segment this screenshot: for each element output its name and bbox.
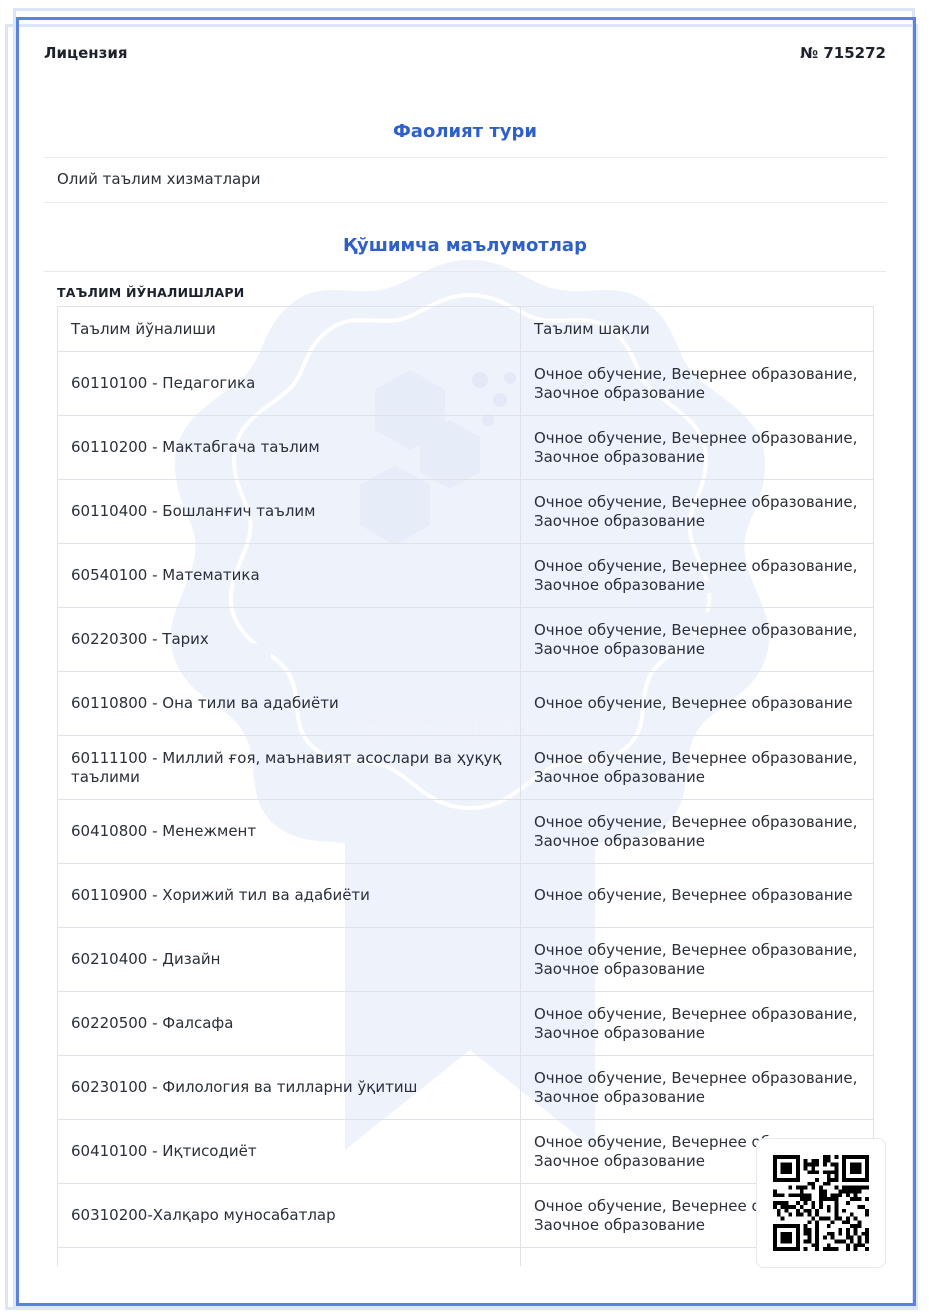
table-row: 60210400 - ДизайнОчное обучение, Вечерне… xyxy=(58,928,874,992)
table-row: 60110400 - Бошланғич таълимОчное обучени… xyxy=(58,480,874,544)
empty-cell xyxy=(58,1248,521,1267)
page-bottom-mask xyxy=(44,1268,886,1298)
direction-cell: 60110800 - Она тили ва адабиёти xyxy=(58,672,521,736)
form-cell: Очное обучение, Вечернее образование, За… xyxy=(521,480,874,544)
direction-cell: 60220300 - Тарих xyxy=(58,608,521,672)
table-row: 60110800 - Она тили ва адабиётиОчное обу… xyxy=(58,672,874,736)
form-cell: Очное обучение, Вечернее образование xyxy=(521,864,874,928)
activity-section-title: Фаолият тури xyxy=(44,121,886,142)
table-row: 60110200 - Мактабгача таълимОчное обучен… xyxy=(58,416,874,480)
form-cell: Очное обучение, Вечернее образование xyxy=(521,672,874,736)
additional-section-title: Қўшимча маълумотлар xyxy=(44,235,886,256)
form-cell: Очное обучение, Вечернее образование, За… xyxy=(521,608,874,672)
document-title: Лицензия xyxy=(44,44,127,62)
table-row: 60220300 - ТарихОчное обучение, Вечернее… xyxy=(58,608,874,672)
table-row: 60111100 - Миллий ғоя, маънавият асослар… xyxy=(58,736,874,800)
direction-cell: 60210400 - Дизайн xyxy=(58,928,521,992)
table-row: 60540100 - МатематикаОчное обучение, Веч… xyxy=(58,544,874,608)
qr-code-icon xyxy=(773,1155,869,1251)
table-row-partial xyxy=(58,1248,874,1267)
direction-cell: 60540100 - Математика xyxy=(58,544,521,608)
form-cell: Очное обучение, Вечернее образование, За… xyxy=(521,352,874,416)
direction-cell: 60111100 - Миллий ғоя, маънавият асослар… xyxy=(58,736,521,800)
direction-cell: 60230100 - Филология ва тилларни ўқитиш xyxy=(58,1056,521,1120)
activity-value: Олий таълим хизматлари xyxy=(57,170,261,188)
form-cell: Очное обучение, Вечернее образование, За… xyxy=(521,800,874,864)
form-cell: Очное обучение, Вечернее образование, За… xyxy=(521,544,874,608)
direction-cell: 60110900 - Хорижий тил ва адабиёти xyxy=(58,864,521,928)
direction-cell: 60410800 - Менежмент xyxy=(58,800,521,864)
column-header-direction: Таълим йўналиши xyxy=(58,307,521,352)
table-row: 60230100 - Филология ва тилларни ўқитишО… xyxy=(58,1056,874,1120)
table-row: 60410100 - ИқтисодиётОчное обучение, Веч… xyxy=(58,1120,874,1184)
direction-cell: 60110400 - Бошланғич таълим xyxy=(58,480,521,544)
table-row: 60410800 - МенежментОчное обучение, Вече… xyxy=(58,800,874,864)
direction-cell: 60310200-Халқаро муносабатлар xyxy=(58,1184,521,1248)
direction-cell: 60110100 - Педагогика xyxy=(58,352,521,416)
direction-cell: 60220500 - Фалсафа xyxy=(58,992,521,1056)
license-number: № 715272 xyxy=(800,44,886,62)
table-row: 60110100 - ПедагогикаОчное обучение, Веч… xyxy=(58,352,874,416)
divider xyxy=(44,157,886,158)
divider xyxy=(44,202,886,203)
direction-cell: 60410100 - Иқтисодиёт xyxy=(58,1120,521,1184)
form-cell: Очное обучение, Вечернее образование, За… xyxy=(521,992,874,1056)
qr-code[interactable] xyxy=(756,1138,886,1268)
document-header: Лицензия № 715272 xyxy=(44,44,886,66)
column-header-form: Таълим шакли xyxy=(521,307,874,352)
table-row: 60220500 - ФалсафаОчное обучение, Вечерн… xyxy=(58,992,874,1056)
table-header-row: Таълим йўналиши Таълим шакли xyxy=(58,307,874,352)
form-cell: Очное обучение, Вечернее образование, За… xyxy=(521,736,874,800)
direction-cell: 60110200 - Мактабгача таълим xyxy=(58,416,521,480)
table-row: 60110900 - Хорижий тил ва адабиётиОчное … xyxy=(58,864,874,928)
form-cell: Очное обучение, Вечернее образование, За… xyxy=(521,416,874,480)
table-row: 60310200-Халқаро муносабатларОчное обуче… xyxy=(58,1184,874,1248)
divider xyxy=(44,271,886,272)
directions-table: Таълим йўналиши Таълим шакли 60110100 - … xyxy=(57,306,874,1266)
form-cell: Очное обучение, Вечернее образование, За… xyxy=(521,1056,874,1120)
form-cell: Очное обучение, Вечернее образование, За… xyxy=(521,928,874,992)
directions-subheading: ТАЪЛИМ ЙЎНАЛИШЛАРИ xyxy=(57,285,244,300)
